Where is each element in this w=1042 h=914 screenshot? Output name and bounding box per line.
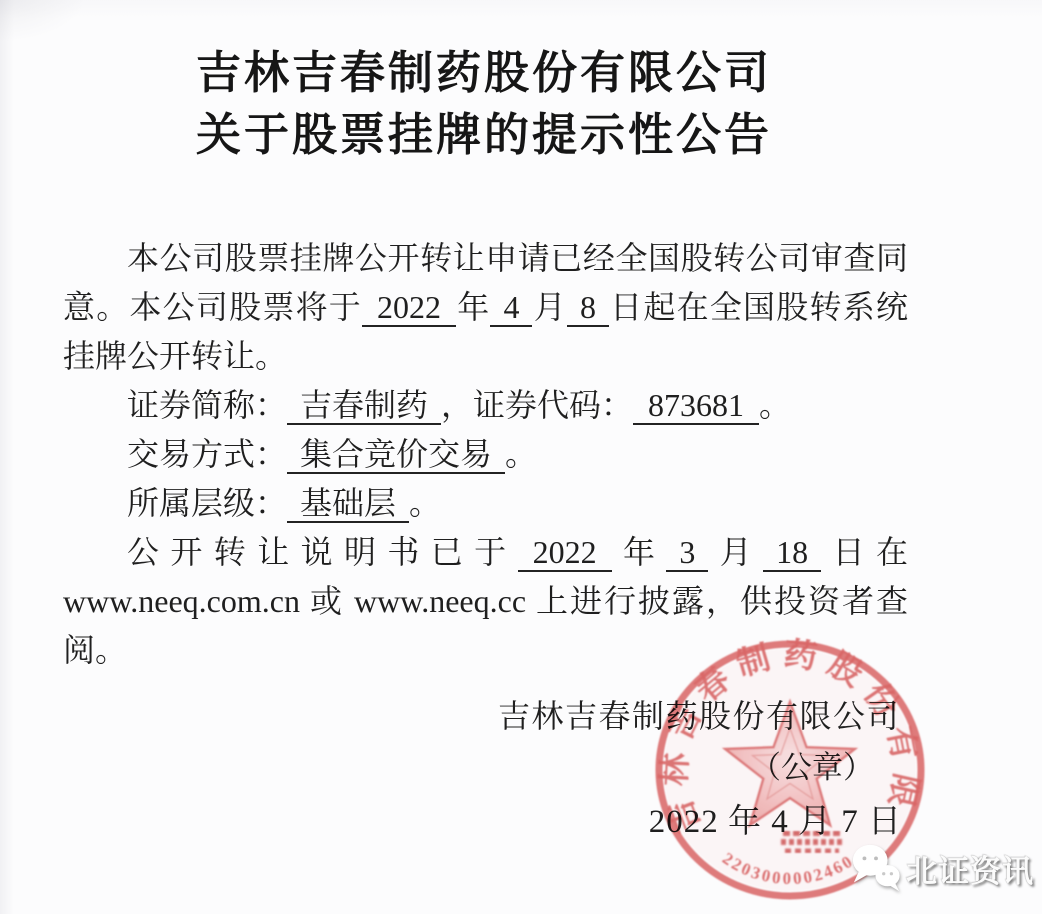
neeq-url-com-cn: www.neeq.com.cn: [63, 583, 300, 619]
text-segment: 日在: [821, 534, 908, 570]
paragraph-security-name-code: 证券简称：吉春制药，证券代码：873681。: [63, 381, 908, 430]
blank-listing-year: 2022: [362, 289, 456, 327]
document-title: 吉林吉春制药股份有限公司 关于股票挂牌的提示性公告: [0, 42, 1005, 166]
paragraph-market-tier: 所属层级：基础层。: [63, 479, 908, 528]
paragraph-trading-method: 交易方式：集合竞价交易。: [63, 430, 908, 479]
neeq-url-cc: www.neeq.cc: [354, 583, 526, 619]
text-segment: 月: [532, 289, 566, 325]
text-segment: 。: [409, 485, 441, 521]
trading-method-value: 集合竞价交易: [287, 436, 505, 474]
market-tier-value: 基础层: [287, 485, 409, 523]
text-segment: 。: [759, 387, 791, 423]
text-segment: 公开转让说明书已于: [127, 534, 518, 570]
wechat-icon: [850, 840, 902, 896]
security-code-value: 873681: [633, 387, 759, 425]
text-segment: 或: [300, 583, 354, 619]
blank-disclosure-month: 3: [666, 534, 708, 572]
text-segment: 。: [505, 436, 537, 472]
text-segment: 年: [456, 289, 490, 325]
document-body: 本公司股票挂牌公开转让申请已经全国股转公司审查同意。本公司股票将于2022年4月…: [63, 234, 908, 675]
field-label-security-code: ，证券代码：: [441, 387, 633, 423]
watermark-label: 北证资讯: [906, 846, 1034, 891]
field-label-security-name: 证券简称：: [127, 387, 287, 423]
blank-disclosure-day: 18: [763, 534, 821, 572]
text-segment: 月: [708, 534, 763, 570]
field-label-market-tier: 所属层级：: [127, 485, 287, 521]
text-segment: 年: [612, 534, 667, 570]
page-title-line1: 吉林吉春制药股份有限公司: [0, 42, 1005, 104]
blank-disclosure-year: 2022: [518, 534, 612, 572]
blank-listing-month: 4: [490, 289, 532, 327]
security-short-name-value: 吉春制药: [287, 387, 441, 425]
paragraph-listing-approval: 本公司股票挂牌公开转让申请已经全国股转公司审查同意。本公司股票将于2022年4月…: [63, 234, 908, 381]
bzzx-watermark: 北证资讯: [850, 840, 1034, 896]
blank-listing-day: 8: [567, 289, 609, 327]
field-label-trading-method: 交易方式：: [127, 436, 287, 472]
page-title-line2: 关于股票挂牌的提示性公告: [0, 104, 1005, 166]
scanned-document-page: 吉林吉春制药股份有限公司 关于股票挂牌的提示性公告 本公司股票挂牌公开转让申请已…: [0, 0, 1042, 914]
